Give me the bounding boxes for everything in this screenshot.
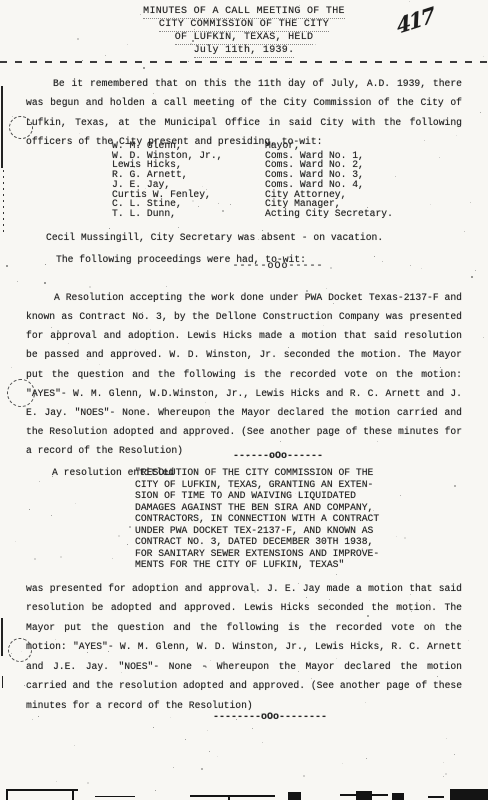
officer-row: C. L. Stine,City Manager, <box>26 199 462 209</box>
officer-row: T. L. Dunn,Acting City Secretary. <box>26 209 462 219</box>
resolution-2-intro: A resolution entitled <box>52 467 174 478</box>
scan-artifact <box>190 795 275 797</box>
scan-artifact <box>450 789 488 800</box>
page-edge-line <box>3 170 4 232</box>
resolution-2-paragraph: was presented for adoption and approval.… <box>26 579 462 716</box>
document-header: MINUTES OF A CALL MEETING OF THE CITY CO… <box>0 6 488 58</box>
dashed-divider <box>0 61 488 63</box>
officers-list: W. M. Glenn,Mayor, W. D. Winston, Jr.,Co… <box>26 141 462 219</box>
page-edge-line <box>1 618 3 656</box>
section-separator: --------oOo-------- <box>52 712 488 723</box>
header-line-2: CITY COMMISSION OF THE CITY <box>159 19 329 32</box>
section-separator: ------oOo------ <box>60 451 488 462</box>
officer-row: R. G. Arnett,Coms. Ward No. 3, <box>26 170 462 180</box>
scan-artifact <box>6 789 78 791</box>
section-separator: -----oOo----- <box>60 261 488 272</box>
resolution-title-line: SION OF TIME TO AND WAIVING LIQUIDATED <box>135 490 411 502</box>
officer-row: W. D. Winston, Jr.,Coms. Ward No. 1, <box>26 151 462 161</box>
resolution-title-line: FOR SANITARY SEWER EXTENSIONS AND IMPROV… <box>135 548 411 560</box>
scan-artifact <box>72 789 74 800</box>
scan-artifact <box>428 796 444 798</box>
resolution-title-line: UNDER PWA DOCKET TEX-2137-F, AND KNOWN A… <box>135 525 411 537</box>
resolution-2-heading: A resolution entitled "RESOLUTION OF THE… <box>26 467 462 571</box>
resolution-title-line: CITY OF LUFKIN, TEXAS, GRANTING AN EXTEN… <box>135 479 411 491</box>
resolution-1-paragraph: A Resolution accepting the work done und… <box>26 288 462 461</box>
header-line-3: OF LUFKIN, TEXAS, HELD <box>175 32 314 45</box>
scan-artifact <box>6 789 8 800</box>
header-line-1: MINUTES OF A CALL MEETING OF THE <box>143 6 345 19</box>
officer-name: T. L. Dunn, <box>112 209 265 219</box>
officer-row: W. M. Glenn,Mayor, <box>26 141 462 151</box>
scan-artifact <box>392 793 404 800</box>
officer-row: J. E. Jay,Coms. Ward No. 4, <box>26 180 462 190</box>
officer-title: Acting City Secretary. <box>265 209 462 219</box>
resolution-title-line: CONTRACTORS, IN CONNECTION WITH A CONTRA… <box>135 513 411 525</box>
officer-row: Curtis W. Fenley,City Attorney, <box>26 190 462 200</box>
page-edge-line <box>1 86 3 168</box>
document-page: 417 MINUTES OF A CALL MEETING OF THE CIT… <box>0 0 488 800</box>
scan-artifact <box>95 796 135 797</box>
officer-row: Lewis Hicks,Coms. Ward No. 2, <box>26 160 462 170</box>
resolution-title-line: DAMAGES AGAINST THE BEN SIRA AND COMPANY… <box>135 502 411 514</box>
resolution-title-line: "RESOLUTION OF THE CITY COMMISSION OF TH… <box>135 467 411 479</box>
scan-artifact <box>356 791 372 800</box>
intro-paragraph: Be it remembered that on this the 11th d… <box>26 74 462 152</box>
resolution-title-line: MENTS FOR THE CITY OF LUFKIN, TEXAS" <box>135 559 411 571</box>
header-date-line: July 11th, 1939. <box>194 45 295 58</box>
resolution-2-title-block: "RESOLUTION OF THE CITY COMMISSION OF TH… <box>135 467 411 571</box>
scan-artifact <box>288 792 301 800</box>
scan-artifact <box>228 795 230 800</box>
absence-note: Cecil Mussingill, City Secretary was abs… <box>26 232 462 244</box>
resolution-title-line: CONTRACT NO. 3, DATED DECEMBER 30TH 1938… <box>135 536 411 548</box>
page-edge-line <box>2 676 3 688</box>
